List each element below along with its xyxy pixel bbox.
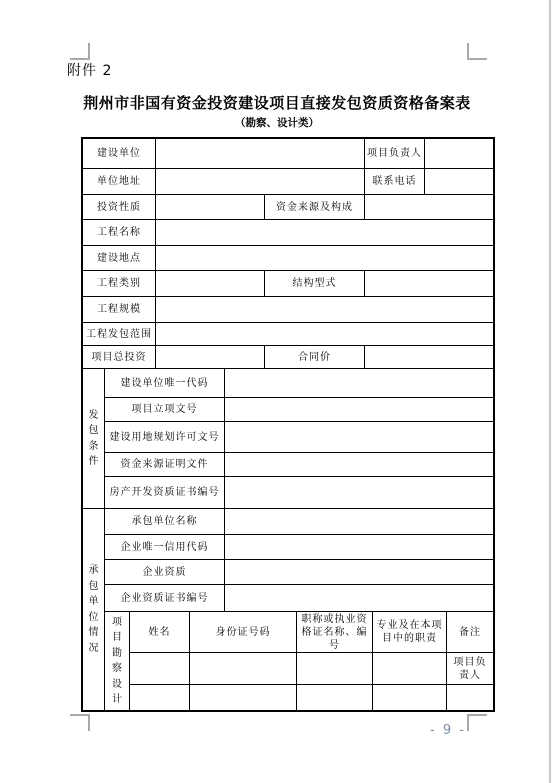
personnel-row-name[interactable] <box>130 685 190 711</box>
project-name-value[interactable] <box>156 220 494 246</box>
investment-nature-value[interactable] <box>156 195 265 220</box>
construction-site-label: 建设地点 <box>83 246 156 271</box>
attachment-label: 附件 2 <box>67 60 112 80</box>
project-scale-value[interactable] <box>156 297 494 323</box>
project-approval-doc-value[interactable] <box>225 398 494 422</box>
personnel-header-role: 专业及在本项目中的职责 <box>373 612 447 653</box>
unit-address-label: 单位地址 <box>83 169 156 195</box>
personnel-header-note: 备注 <box>447 612 494 653</box>
qualification-cert-number-label: 企业资质证书编号 <box>105 585 225 612</box>
page-number: - 9 - <box>420 723 476 738</box>
document-title: 荆州市非国有资金投资建设项目直接发包资质资格备案表 <box>0 92 554 113</box>
fund-proof-doc-value[interactable] <box>225 453 494 477</box>
project-category-value[interactable] <box>156 271 265 297</box>
qualification-cert-number-value[interactable] <box>225 585 494 612</box>
contractor-info-table: 承包单位情况 承包单位名称 企业唯一信用代码 企业资质 企业资质证书编号 项目勘… <box>82 508 494 711</box>
project-leader-value[interactable] <box>425 139 494 169</box>
credit-code-value[interactable] <box>225 535 494 560</box>
personnel-row-name[interactable] <box>130 653 190 685</box>
fund-source-label: 资金来源及构成 <box>265 195 365 220</box>
fund-proof-doc-label: 资金来源证明文件 <box>105 453 225 477</box>
contact-phone-label: 联系电话 <box>365 169 425 195</box>
corner-mark-top-left <box>70 43 90 60</box>
unit-code-value[interactable] <box>225 369 494 398</box>
personnel-row-id[interactable] <box>190 653 297 685</box>
project-scale-label: 工程规模 <box>83 297 156 323</box>
basic-info-table: 建设单位 项目负责人 单位地址 联系电话 投资性质 资金来源及构成 工程名称 建… <box>82 138 494 369</box>
credit-code-label: 企业唯一信用代码 <box>105 535 225 560</box>
land-permit-doc-value[interactable] <box>225 422 494 453</box>
contractor-name-value[interactable] <box>225 509 494 535</box>
contact-phone-value[interactable] <box>425 169 494 195</box>
land-permit-doc-label: 建设用地规划许可文号 <box>105 422 225 453</box>
personnel-row-cert[interactable] <box>297 685 373 711</box>
contractor-name-label: 承包单位名称 <box>105 509 225 535</box>
project-leader-label: 项目负责人 <box>365 139 425 169</box>
enterprise-qualification-value[interactable] <box>225 560 494 585</box>
construction-unit-value[interactable] <box>156 139 365 169</box>
realestate-cert-value[interactable] <box>225 477 494 509</box>
total-investment-value[interactable] <box>156 346 265 369</box>
construction-unit-label: 建设单位 <box>83 139 156 169</box>
personnel-header-id: 身份证号码 <box>190 612 297 653</box>
personnel-header-cert: 职称或执业资格证名称、编号 <box>297 612 373 653</box>
investment-nature-label: 投资性质 <box>83 195 156 220</box>
enterprise-qualification-label: 企业资质 <box>105 560 225 585</box>
construction-site-value[interactable] <box>156 246 494 271</box>
personnel-row-cert[interactable] <box>297 653 373 685</box>
contracting-conditions-section-label: 发包条件 <box>83 369 105 509</box>
structure-type-value[interactable] <box>365 271 494 297</box>
total-investment-label: 项目总投资 <box>83 346 156 369</box>
personnel-row-note: 项目负责人 <box>447 653 494 685</box>
personnel-row-note[interactable] <box>447 685 494 711</box>
fund-source-value[interactable] <box>365 195 494 220</box>
unit-code-label: 建设单位唯一代码 <box>105 369 225 398</box>
form-table: 建设单位 项目负责人 单位地址 联系电话 投资性质 资金来源及构成 工程名称 建… <box>81 137 495 712</box>
document-subtitle: （勘察、设计类） <box>0 115 554 130</box>
personnel-row-role[interactable] <box>373 653 447 685</box>
contracting-conditions-table: 发包条件 建设单位唯一代码 项目立项文号 建设用地规划许可文号 资金来源证明文件… <box>82 368 494 509</box>
corner-mark-top-right <box>467 43 487 60</box>
contract-price-label: 合同价 <box>265 346 365 369</box>
structure-type-label: 结构型式 <box>265 271 365 297</box>
project-category-label: 工程类别 <box>83 271 156 297</box>
personnel-header-name: 姓名 <box>130 612 190 653</box>
personnel-row-role[interactable] <box>373 685 447 711</box>
contract-scope-label: 工程发包范围 <box>83 323 156 346</box>
contractor-section-label: 承包单位情况 <box>83 509 105 711</box>
contract-price-value[interactable] <box>365 346 494 369</box>
realestate-cert-label: 房产开发资质证书编号 <box>105 477 225 509</box>
personnel-row-id[interactable] <box>190 685 297 711</box>
personnel-group-label: 项目勘察设计 <box>105 612 130 711</box>
corner-mark-bottom-left <box>70 714 90 731</box>
unit-address-value[interactable] <box>156 169 365 195</box>
project-name-label: 工程名称 <box>83 220 156 246</box>
contract-scope-value[interactable] <box>156 323 494 346</box>
project-approval-doc-label: 项目立项文号 <box>105 398 225 422</box>
